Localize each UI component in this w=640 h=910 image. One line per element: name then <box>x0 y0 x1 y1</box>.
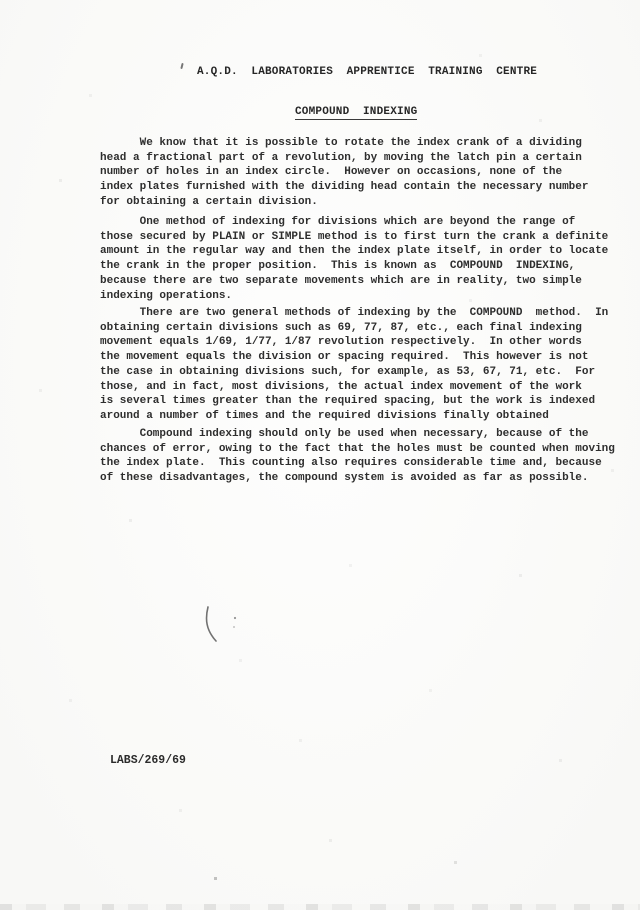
paragraph-3: There are two general methods of indexin… <box>100 306 608 424</box>
stray-ink-tick <box>180 63 183 69</box>
handwritten-pen-mark <box>195 600 255 652</box>
reference-number: LABS/269/69 <box>110 754 186 767</box>
paragraph-1: We know that it is possible to rotate th… <box>100 136 588 210</box>
section-heading: COMPOUND INDEXING <box>295 106 417 120</box>
scanned-document-page: A.Q.D. LABORATORIES APPRENTICE TRAINING … <box>0 0 640 910</box>
paragraph-2: One method of indexing for divisions whi… <box>100 215 608 303</box>
scan-noise-speckles <box>0 0 1 1</box>
paragraph-4: Compound indexing should only be used wh… <box>100 427 615 486</box>
document-title: A.Q.D. LABORATORIES APPRENTICE TRAINING … <box>197 66 537 78</box>
scan-edge-artifact <box>0 904 640 910</box>
